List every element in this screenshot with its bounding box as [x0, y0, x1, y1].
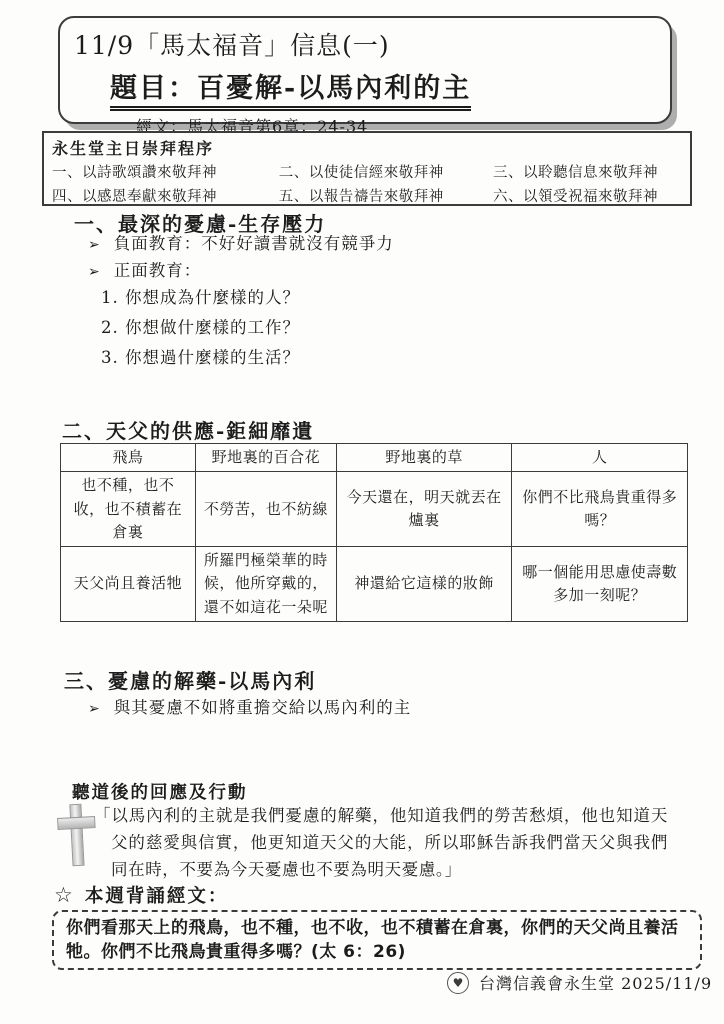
section-1-question-1: 1. 你想成為什麼樣的人？ — [101, 284, 300, 308]
cross-icon — [56, 802, 97, 870]
worship-order-item-4: 四、以感恩奉獻來敬拜神 — [52, 185, 279, 206]
worship-order-item-1: 一、以詩歌頌讚來敬拜神 — [52, 161, 279, 182]
bullet-text: 與其憂慮不如將重擔交給以馬內利的主 — [114, 698, 412, 717]
table-header-birds: 飛鳥 — [61, 444, 196, 472]
section-3-heading: 三、憂慮的解藥-以馬內利 — [64, 665, 316, 694]
section-1-bullet-2: ➢正面教育： — [88, 257, 201, 281]
memory-verse-heading: ☆本週背誦經文： — [54, 882, 228, 908]
bullet-text: 負面教育：不好好讀書就沒有競爭力 — [114, 234, 394, 253]
section-3-bullet-1: ➢與其憂慮不如將重擔交給以馬內利的主 — [88, 694, 411, 718]
worship-order-item-5: 五、以報告禱告來敬拜神 — [279, 185, 493, 206]
footer-text: 台灣信義會永生堂 2025/11/9 — [479, 971, 712, 994]
section-2-heading: 二、天父的供應-鉅細靡遺 — [62, 415, 314, 444]
providence-table: 飛鳥 野地裏的百合花 野地裏的草 人 也不種，也不收，也不積蓄在倉裏 不勞苦，也… — [60, 443, 688, 622]
arrow-bullet-icon: ➢ — [88, 264, 101, 280]
arrow-bullet-icon: ➢ — [88, 701, 101, 717]
table-header-lilies: 野地裏的百合花 — [195, 444, 336, 472]
section-1-question-3: 3. 你想過什麼樣的生活？ — [101, 344, 300, 368]
sermon-title: 題目：百憂解-以馬內利的主 — [110, 66, 471, 111]
response-quote: 「以馬內利的主就是我們憂慮的解藥，他知道我們的勞苦愁煩，他也知道天父的慈愛與信實… — [94, 802, 668, 883]
section-1-question-2: 2. 你想做什麼樣的工作？ — [101, 314, 300, 338]
arrow-bullet-icon: ➢ — [88, 237, 101, 253]
table-cell: 天父尚且養活牠 — [61, 547, 196, 622]
worship-order-item-6: 六、以領受祝福來敬拜神 — [493, 185, 682, 206]
memory-verse-heading-text: 本週背誦經文： — [85, 886, 229, 907]
sermon-notes-page: 11/9「馬太福音」信息(一) 題目：百憂解-以馬內利的主 經文：馬太福音第6章… — [0, 0, 724, 1024]
memory-verse-box: 你們看那天上的飛鳥，也不種，也不收，也不積蓄在倉裏，你們的天父尚且養活牠。你們不… — [52, 910, 702, 970]
header-box: 11/9「馬太福音」信息(一) 題目：百憂解-以馬內利的主 經文：馬太福音第6章… — [58, 16, 672, 124]
table-header-grass: 野地裏的草 — [336, 444, 512, 472]
table-header-people: 人 — [512, 444, 688, 472]
worship-order-title: 永生堂主日崇拜程序 — [52, 136, 682, 159]
worship-order-item-2: 二、以使徒信經來敬拜神 — [279, 161, 493, 182]
table-row: 也不種，也不收，也不積蓄在倉裏 不勞苦，也不紡線 今天還在，明天就丟在爐裏 你們… — [61, 472, 688, 547]
footer: ♥ 台灣信義會永生堂 2025/11/9 — [447, 971, 712, 994]
series-title: 11/9「馬太福音」信息(一) — [74, 26, 656, 62]
section-1-bullet-1: ➢負面教育：不好好讀書就沒有競爭力 — [88, 230, 394, 254]
table-cell: 哪一個能用思慮使壽數多加一刻呢？ — [512, 547, 688, 622]
table-cell: 你們不比飛鳥貴重得多嗎？ — [512, 472, 688, 547]
table-row: 天父尚且養活牠 所羅門極榮華的時候，他所穿戴的，還不如這花一朵呢 神還給它這樣的… — [61, 547, 688, 622]
table-cell: 不勞苦，也不紡線 — [195, 472, 336, 547]
bullet-text: 正面教育： — [114, 261, 202, 280]
star-icon: ☆ — [54, 883, 75, 907]
response-heading: 聽道後的回應及行動 — [72, 779, 248, 804]
worship-order-list: 一、以詩歌頌讚來敬拜神 二、以使徒信經來敬拜神 三、以聆聽信息來敬拜神 四、以感… — [52, 161, 682, 206]
church-logo-icon: ♥ — [447, 972, 469, 994]
table-cell: 神還給它這樣的妝飾 — [336, 547, 512, 622]
table-cell: 所羅門極榮華的時候，他所穿戴的，還不如這花一朵呢 — [195, 547, 336, 622]
table-header-row: 飛鳥 野地裏的百合花 野地裏的草 人 — [61, 444, 688, 472]
table-cell: 也不種，也不收，也不積蓄在倉裏 — [61, 472, 196, 547]
worship-order-item-3: 三、以聆聽信息來敬拜神 — [493, 161, 682, 182]
table-cell: 今天還在，明天就丟在爐裏 — [336, 472, 512, 547]
worship-order-box: 永生堂主日崇拜程序 一、以詩歌頌讚來敬拜神 二、以使徒信經來敬拜神 三、以聆聽信… — [42, 131, 692, 206]
